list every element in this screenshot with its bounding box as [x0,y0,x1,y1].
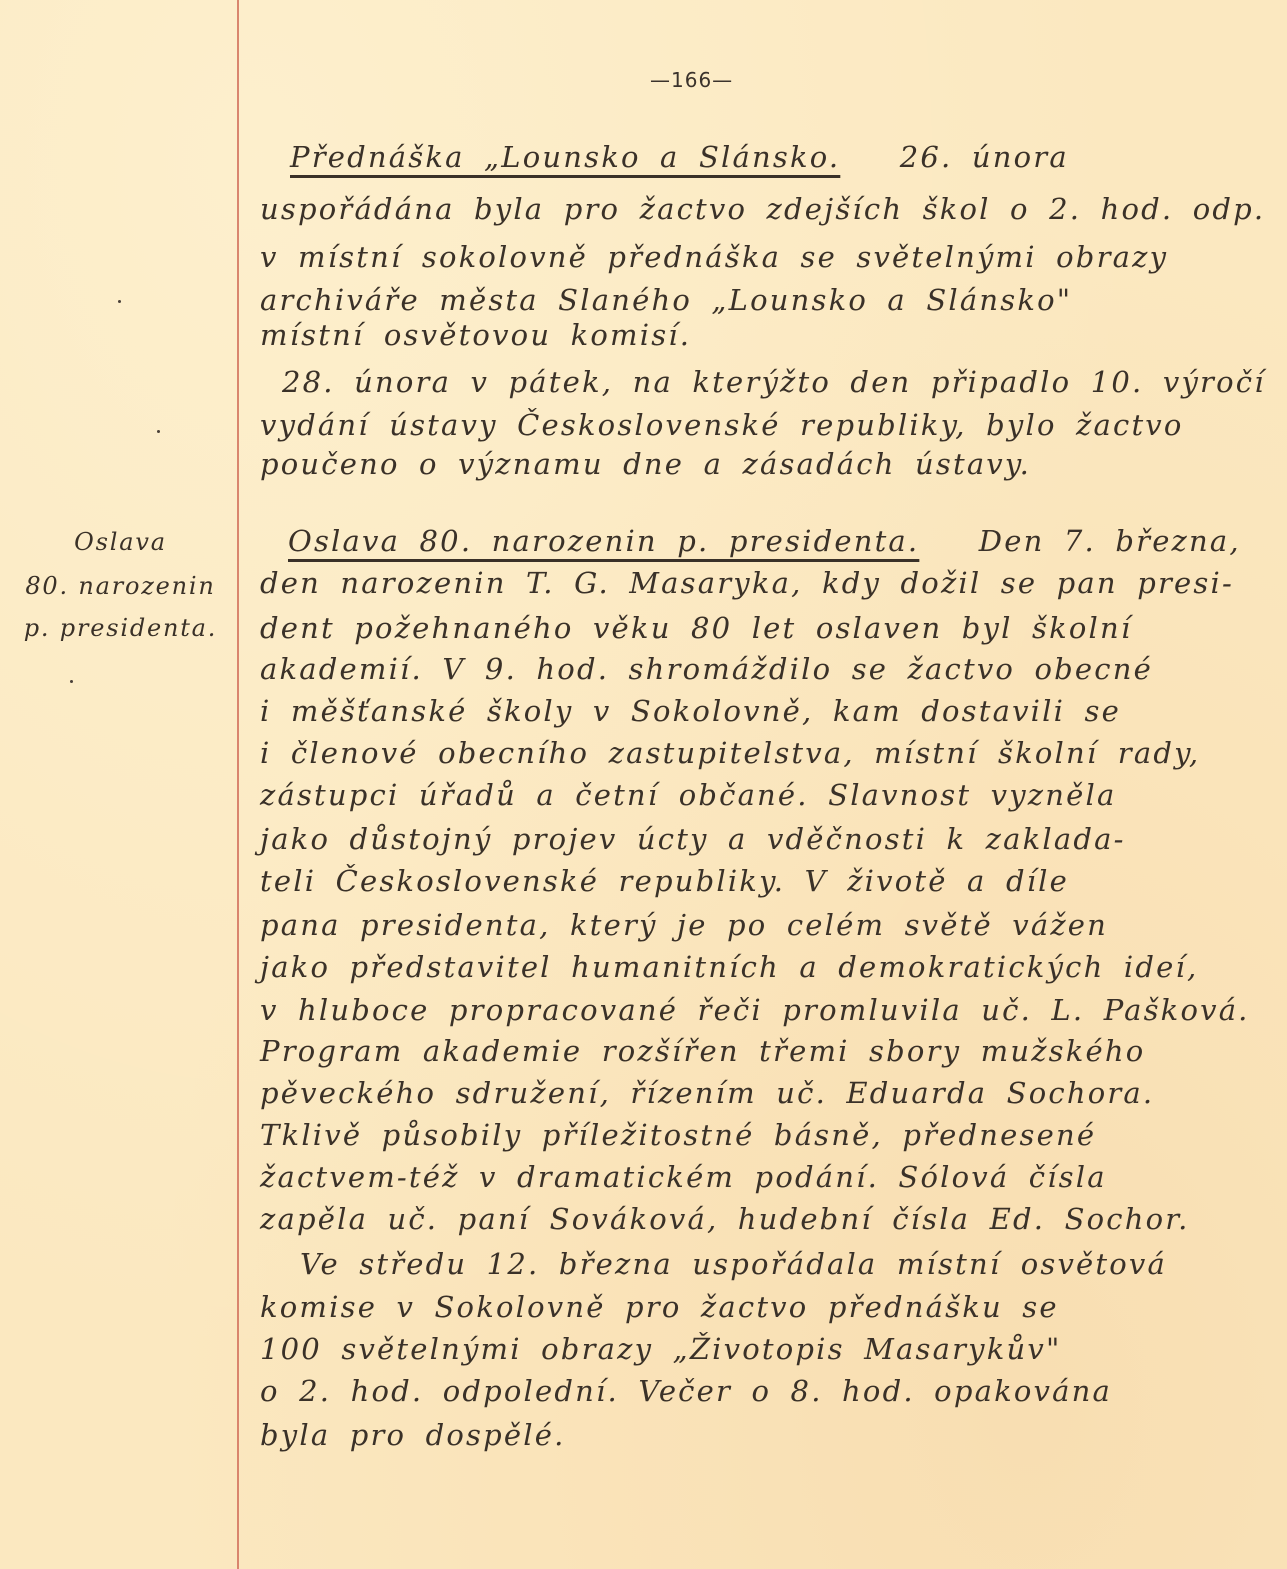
text-line: akademií. V 9. hod. shromáždilo se žactv… [260,652,1153,686]
section-heading: Oslava 80. narozenin p. presidenta. [288,524,919,558]
text-line: i členové obecního zastupitelstva, místn… [260,736,1200,770]
section-1-heading-line: Přednáška „Lounsko a Slánsko. 26. února [290,140,1069,174]
text-line: v hluboce propracované řeči promluvila u… [260,993,1250,1027]
text-line: Ve středu 12. března uspořádala místní o… [300,1247,1167,1281]
margin-note-line: Oslava [8,528,233,556]
text-line: jako důstojný projev úcty a vděčnosti k … [260,822,1126,856]
text-line: místní osvětovou komisí. [260,318,691,352]
text-line: Den 7. března, [979,524,1241,558]
page-number: —166— [650,68,733,92]
section-heading: Přednáška „Lounsko a Slánsko. [290,140,840,174]
text-line: o 2. hod. odpolední. Večer o 8. hod. opa… [260,1374,1112,1408]
text-line: dent požehnaného věku 80 let oslaven byl… [260,611,1132,645]
text-line: zapěla uč. paní Sováková, hudební čísla … [260,1202,1190,1236]
text-line: uspořádána byla pro žactvo zdejších škol… [260,192,1265,226]
text-line: Tklivě působily příležitostné básně, pře… [260,1118,1096,1152]
text-line: i měšťanské školy v Sokolovně, kam dosta… [260,694,1121,728]
text-line: vydání ústavy Československé republiky, … [260,408,1184,442]
text-line: v místní sokolovně přednáška se světelný… [260,240,1168,274]
text-line: poučeno o významu dne a zásadách ústavy. [260,447,1031,481]
margin-rule [237,0,239,1569]
text-line: jako představitel humanitních a demokrat… [260,950,1198,984]
text-line: 28. února v pátek, na kterýžto den připa… [282,365,1266,399]
text-line: byla pro dospělé. [260,1418,566,1452]
handwritten-chronicle-page: —166— Přednáška „Lounsko a Slánsko. 26. … [0,0,1287,1569]
text-line: pěveckého sdružení, řízením uč. Eduarda … [260,1076,1154,1110]
text-line: pana presidenta, který je po celém světě… [260,908,1108,942]
text-line: žactvem-též v dramatickém podání. Sólová… [260,1160,1107,1194]
ink-dot [157,430,160,433]
text-line: zástupci úřadů a četní občané. Slavnost … [260,778,1117,812]
text-line: den narozenin T. G. Masaryka, kdy dožil … [260,566,1234,600]
text-line: 100 světelnými obrazy „Životopis Masaryk… [260,1332,1062,1366]
margin-note-line: 80. narozenin [8,572,233,600]
ink-dot [118,300,121,303]
section-3-heading-line: Oslava 80. narozenin p. presidenta. Den … [288,524,1241,558]
margin-note-line: p. presidenta. [8,614,233,642]
ink-dot [70,680,73,683]
text-line: teli Československé republiky. V životě … [260,864,1069,898]
text-line: archiváře města Slaného „Lounsko a Sláns… [260,283,1072,317]
text-line: Program akademie rozšířen třemi sbory mu… [260,1034,1145,1068]
text-line: komise v Sokolovně pro žactvo přednášku … [260,1290,1059,1324]
text-line: 26. února [900,140,1069,174]
